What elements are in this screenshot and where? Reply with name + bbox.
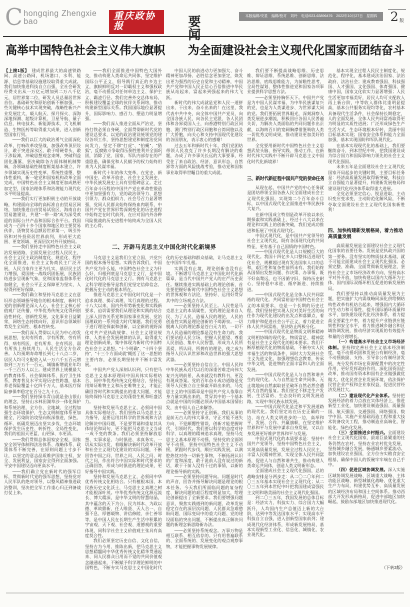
- masthead: Chongqing Zhengxie bao 重庆政协报 要 闻 本版编辑/安星…: [0, 0, 410, 35]
- page-bottom-rule: [6, 592, 404, 594]
- newspaper-page: Chongqing Zhengxie bao 重庆政协报 要 闻 本版编辑/安星…: [0, 0, 410, 607]
- latin-title: Chongqing Zhengxie bao: [5, 9, 100, 27]
- section-1-continued: ——我们全面推进中国特色大国外交，推动构建人类命运共同体，坚定维护国际公平正义，…: [85, 68, 243, 238]
- section-heading-4: 四、加快构建新发展格局，着力推动高质量发展: [328, 228, 405, 240]
- page-number-unit: 版: [400, 18, 405, 24]
- latin-initial: C: [5, 9, 23, 27]
- section-label: 要 闻: [188, 16, 239, 41]
- article-body: 【上接1版】 建成世界最大的高速铁路网、高速公路网，机场港口、水利、能源、信息等…: [0, 68, 410, 571]
- section-4-text: 高质量发展是全面建设社会主义现代化国家的首要任务。发展是党执政兴国的第一要务。没…: [328, 243, 405, 571]
- article-column-5: 基本实现全过程人民民主制度化、规范化、程序化，基本建成法治国家、法治政府、法治社…: [328, 68, 405, 571]
- editor-info-bar: 本版编辑/安星 编辑/校对 刘玲 电话/023-63896476 2022年10…: [239, 12, 383, 21]
- section-2-continued: 我们要不断提高战略思维、历史思维、辩证思维、系统思维、创新思维、法治思维、底线思…: [247, 68, 324, 172]
- section-heading-3: 三、新时代新征程中国共产党的使命任务: [247, 176, 324, 182]
- latin-title-text: hongqing Zhengxie bao: [24, 10, 100, 27]
- section-heading-2: 二、开辟马克思主义中国化时代化新境界: [85, 243, 243, 251]
- masthead-right: 本版编辑/安星 编辑/校对 刘玲 电话/023-63896476 2022年10…: [239, 9, 406, 24]
- section-3-continued: 基本实现全过程人民民主制度化、规范化、程序化，基本建成法治国家、法治政府、法治社…: [328, 68, 405, 224]
- paper-logo: 重庆政协报: [109, 10, 165, 34]
- article-column-4: 我们要不断提高战略思维、历史思维、辩证思维、系统思维、创新思维、法治思维、底线思…: [247, 68, 324, 571]
- main-headline: 高举中国特色社会主义伟大旗帜 为全面建设社会主义现代化国家而团结奋斗: [0, 44, 410, 60]
- section-2-text: 马克思主义是我们立党立国、兴党兴国的根本指导思想。实践告诉我们，中国共产党为什么…: [85, 255, 243, 571]
- section-3-text: 从现在起，中国共产党的中心任务就是团结带领全国各族人民全面建成社会主义现代化强国…: [247, 185, 324, 571]
- page-number: 2 版: [388, 9, 406, 24]
- article-columns-2-3: ——我们全面推进中国特色大国外交，推动构建人类命运共同体，坚定维护国际公平正义，…: [85, 68, 243, 571]
- page-number-value: 2: [390, 11, 398, 24]
- article-column-1: 【上接1版】 建成世界最大的高速铁路网、高速公路网，机场港口、水利、能源、信息等…: [4, 68, 81, 571]
- jump-to-page-notice: （下转3版）: [379, 565, 405, 571]
